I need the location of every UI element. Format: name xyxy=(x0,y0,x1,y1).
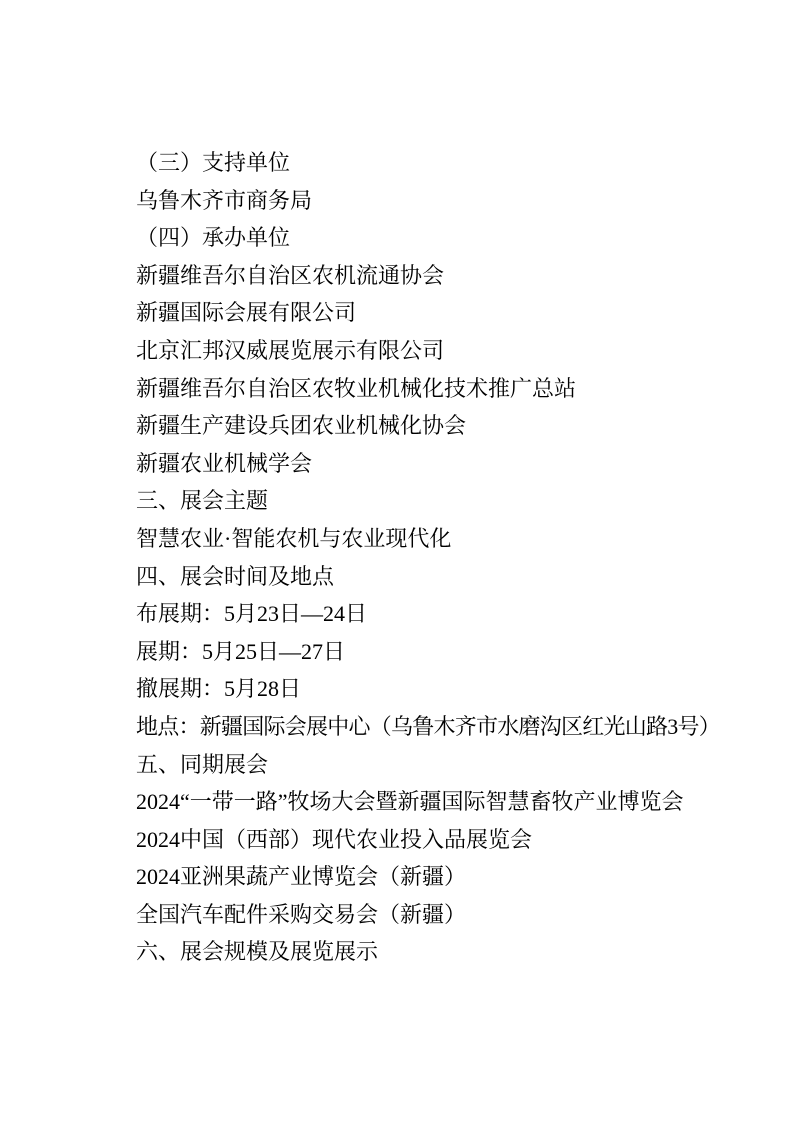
doc-subheading: （三）支持单位 xyxy=(136,144,720,182)
doc-line: 全国汽车配件采购交易会（新疆） xyxy=(136,896,720,934)
doc-line: 地点：新疆国际会展中心（乌鲁木齐市水磨沟区红光山路3号） xyxy=(136,708,720,746)
doc-line: 2024“一带一路”牧场大会暨新疆国际智慧畜牧产业博览会 xyxy=(136,783,720,821)
doc-line: 新疆国际会展有限公司 xyxy=(136,294,720,332)
doc-line: 展期：5月25日—27日 xyxy=(136,633,720,671)
doc-section-heading: 四、展会时间及地点 xyxy=(136,558,720,596)
doc-line: 北京汇邦汉威展览展示有限公司 xyxy=(136,332,720,370)
doc-line: 新疆维吾尔自治区农牧业机械化技术推广总站 xyxy=(136,370,720,408)
doc-line: 智慧农业·智能农机与农业现代化 xyxy=(136,520,720,558)
doc-section-heading: 三、展会主题 xyxy=(136,482,720,520)
doc-line: 乌鲁木齐市商务局 xyxy=(136,182,720,220)
doc-line: 撤展期：5月28日 xyxy=(136,670,720,708)
doc-subheading: （四）承办单位 xyxy=(136,219,720,257)
doc-line: 新疆农业机械学会 xyxy=(136,445,720,483)
doc-section-heading: 六、展会规模及展览展示 xyxy=(136,933,720,971)
doc-line: 2024亚洲果蔬产业博览会（新疆） xyxy=(136,858,720,896)
doc-line: 布展期：5月23日—24日 xyxy=(136,595,720,633)
doc-section-heading: 五、同期展会 xyxy=(136,746,720,784)
doc-line: 新疆维吾尔自治区农机流通协会 xyxy=(136,257,720,295)
doc-line: 新疆生产建设兵团农业机械化协会 xyxy=(136,407,720,445)
doc-line: 2024中国（西部）现代农业投入品展览会 xyxy=(136,821,720,859)
document-page: （三）支持单位 乌鲁木齐市商务局 （四）承办单位 新疆维吾尔自治区农机流通协会 … xyxy=(0,0,800,1132)
